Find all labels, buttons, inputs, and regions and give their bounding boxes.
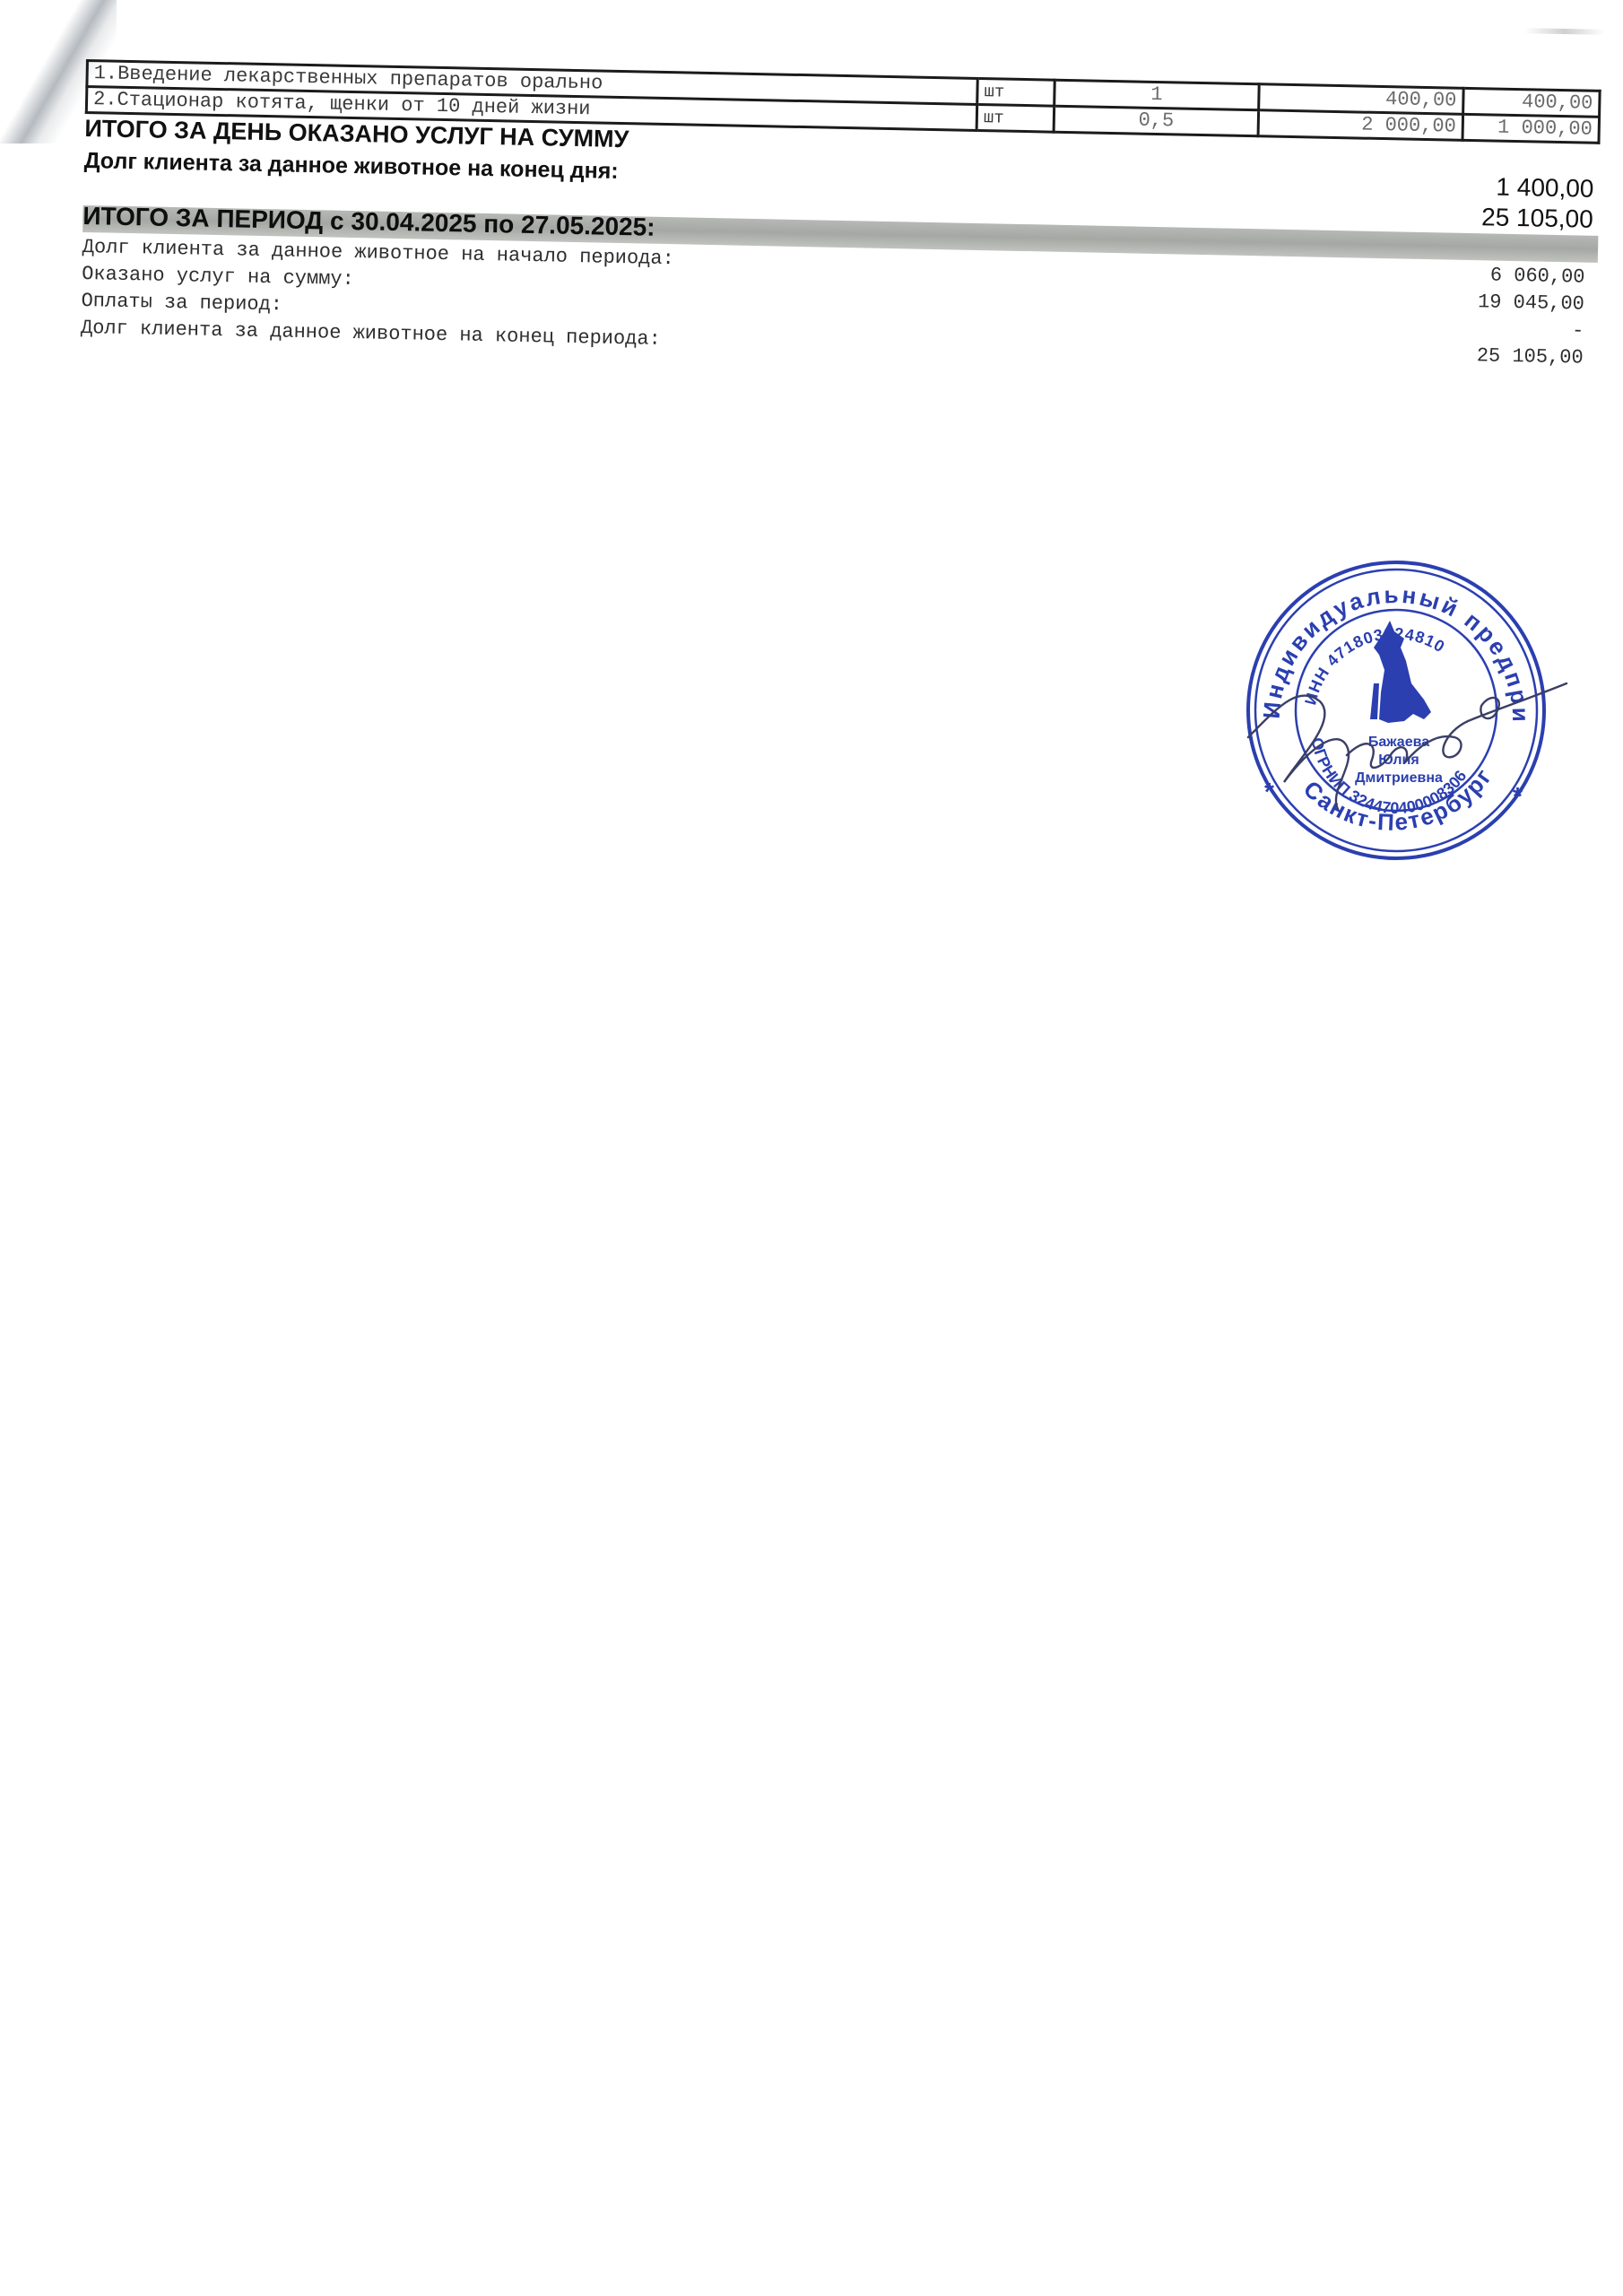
- service-sum: 400,00: [1463, 88, 1601, 117]
- day-debt-label: Долг клиента за данное животное на конец…: [83, 148, 619, 187]
- service-price: 2 000,00: [1258, 110, 1463, 141]
- service-unit: шт: [976, 104, 1055, 132]
- day-total-value: 1 400,00: [1496, 173, 1600, 204]
- service-unit: шт: [977, 78, 1055, 106]
- service-quantity: 0,5: [1054, 106, 1259, 136]
- star-icon: *: [1264, 778, 1274, 805]
- row-value: 6 060,00: [1490, 262, 1598, 291]
- row-label: Оплаты за период:: [81, 288, 282, 318]
- scan-mark: [1524, 28, 1605, 35]
- row-value: -: [1572, 317, 1597, 345]
- service-quantity: 1: [1055, 80, 1260, 110]
- invoice-page: 1.Введение лекарственных препаратов орал…: [81, 59, 1601, 372]
- star-icon: *: [1513, 782, 1523, 810]
- row-value: 25 105,00: [1477, 343, 1596, 372]
- service-sum: 1 000,00: [1462, 114, 1600, 143]
- stamp-patronymic: Дмитриевна: [1355, 770, 1443, 786]
- company-stamp: Индивидуальный предприниматель ИНН 47180…: [1212, 549, 1571, 872]
- service-price: 400,00: [1259, 84, 1464, 115]
- row-value: 19 045,00: [1478, 289, 1597, 318]
